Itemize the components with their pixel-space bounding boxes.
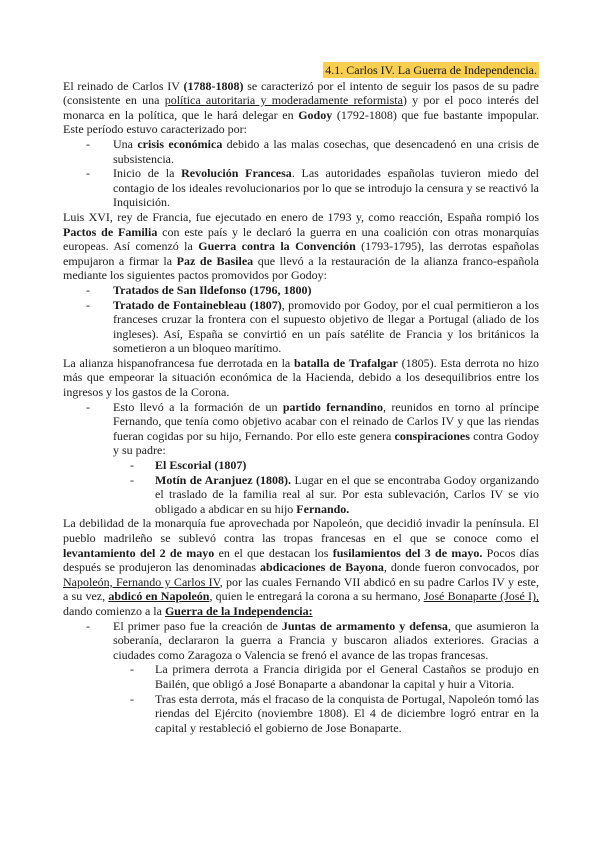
text-run: Tras esta derrota, más el fracaso de la … [155,692,539,735]
list-item-text: Inicio de la Revolución Francesa. Las au… [113,166,539,209]
list-item-text: Tratados de San Ildefonso (1796, 1800) [113,283,311,297]
list-item-text: Esto llevó a la formación de un partido … [113,400,539,458]
text-run: Revolución Francesa [181,166,292,180]
list-item-text: El primer paso fue la creación de Juntas… [113,619,539,662]
text-run: Juntas de armamento y defensa [282,619,448,633]
text-run: , donde fueron convocados, por [384,560,539,574]
bullet-marker: - [130,458,134,473]
bullet-marker: - [86,400,90,415]
text-run: partido fernandino [283,400,383,414]
list-item: -Esto llevó a la formación de un partido… [63,400,539,458]
document-blocks: El reinado de Carlos IV (1788-1808) se c… [63,79,539,736]
text-run: dando comienzo a la [63,604,165,618]
paragraph: La alianza hispanofrancesa fue derrotada… [63,356,539,400]
list-item-text: Motín de Aranjuez (1808). Lugar en el qu… [155,473,539,516]
list-item: -Inicio de la Revolución Francesa. Las a… [63,166,539,210]
bullet-marker: - [86,283,90,298]
text-run: Pactos de Familia [63,225,157,239]
text-run: La debilidad de la monarquía fue aprovec… [63,516,539,545]
text-run: La alianza hispanofrancesa fue derrotada… [63,356,294,370]
list-item: -Motín de Aranjuez (1808). Lugar en el q… [63,473,539,517]
text-run: El Escorial (1807) [155,458,246,472]
text-run: Napoleón, Fernando y Carlos IV [63,575,220,589]
page-title: 4.1. Carlos IV. La Guerra de Independenc… [323,62,539,78]
text-run: Una [113,137,137,151]
text-run: fusilamientos del 3 de mayo. [333,546,483,560]
document-page: 4.1. Carlos IV. La Guerra de Independenc… [0,0,600,848]
text-run: (1788-1808) [183,79,243,93]
list-item: -Tratado de Fontainebleau (1807), promov… [63,298,539,356]
title-line: 4.1. Carlos IV. La Guerra de Independenc… [63,63,539,78]
text-run: Motín de Aranjuez (1808). [155,473,291,487]
list-item: -El primer paso fue la creación de Junta… [63,619,539,663]
bullet-marker: - [86,298,90,313]
text-run: abdicó en Napoleón [108,589,209,603]
paragraph: Luis XVI, rey de Francia, fue ejecutado … [63,210,539,283]
paragraph: El reinado de Carlos IV (1788-1808) se c… [63,79,539,137]
list-item: -El Escorial (1807) [63,458,539,473]
text-run: abdicaciones de Bayona [260,560,384,574]
text-run: El reinado de Carlos IV [63,79,183,93]
text-run: Esto llevó a la formación de un [113,400,283,414]
text-run: Fernando. [296,502,349,516]
bullet-marker: - [130,692,134,707]
bullet-marker: - [130,662,134,677]
text-run: Paz de Basilea [177,254,254,268]
text-run: crisis económica [137,137,222,151]
list-item-text: El Escorial (1807) [155,458,246,472]
text-run: en el que destacan los [214,546,333,560]
text-run: conspiraciones [395,429,470,443]
text-run: levantamiento del 2 de mayo [63,546,214,560]
list-item-text: Una crisis económica debido a las malas … [113,137,539,166]
list-item: -Tratados de San Ildefonso (1796, 1800) [63,283,539,298]
bullet-marker: - [86,619,90,634]
text-run: batalla de Trafalgar [294,356,398,370]
list-item: -Una crisis económica debido a las malas… [63,137,539,166]
bullet-marker: - [86,137,90,152]
text-run: La primera derrota a Francia dirigida po… [155,662,539,691]
list-item-text: La primera derrota a Francia dirigida po… [155,662,539,691]
text-run: Tratados de San Ildefonso (1796, 1800) [113,283,311,297]
list-item-text: Tras esta derrota, más el fracaso de la … [155,692,539,735]
text-run: Inicio de la [113,166,181,180]
text-run: Tratado de Fontainebleau (1807) [113,298,282,312]
text-run: Godoy [298,108,332,122]
text-run: Guerra contra la Convención [198,239,356,253]
list-item: -La primera derrota a Francia dirigida p… [63,662,539,691]
text-run: , quien le entregará la corona a su herm… [209,589,423,603]
list-item-text: Tratado de Fontainebleau (1807), promovi… [113,298,539,356]
list-item: -Tras esta derrota, más el fracaso de la… [63,692,539,736]
paragraph: La debilidad de la monarquía fue aprovec… [63,516,539,618]
bullet-marker: - [130,473,134,488]
text-run: El primer paso fue la creación de [113,619,282,633]
text-run: política autoritaria y moderadamente ref… [165,93,403,107]
bullet-marker: - [86,166,90,181]
text-run: Luis XVI, rey de Francia, fue ejecutado … [63,210,539,224]
text-run: José Bonaparte (José I), [424,589,539,603]
text-run: Guerra de la Independencia: [165,604,313,618]
